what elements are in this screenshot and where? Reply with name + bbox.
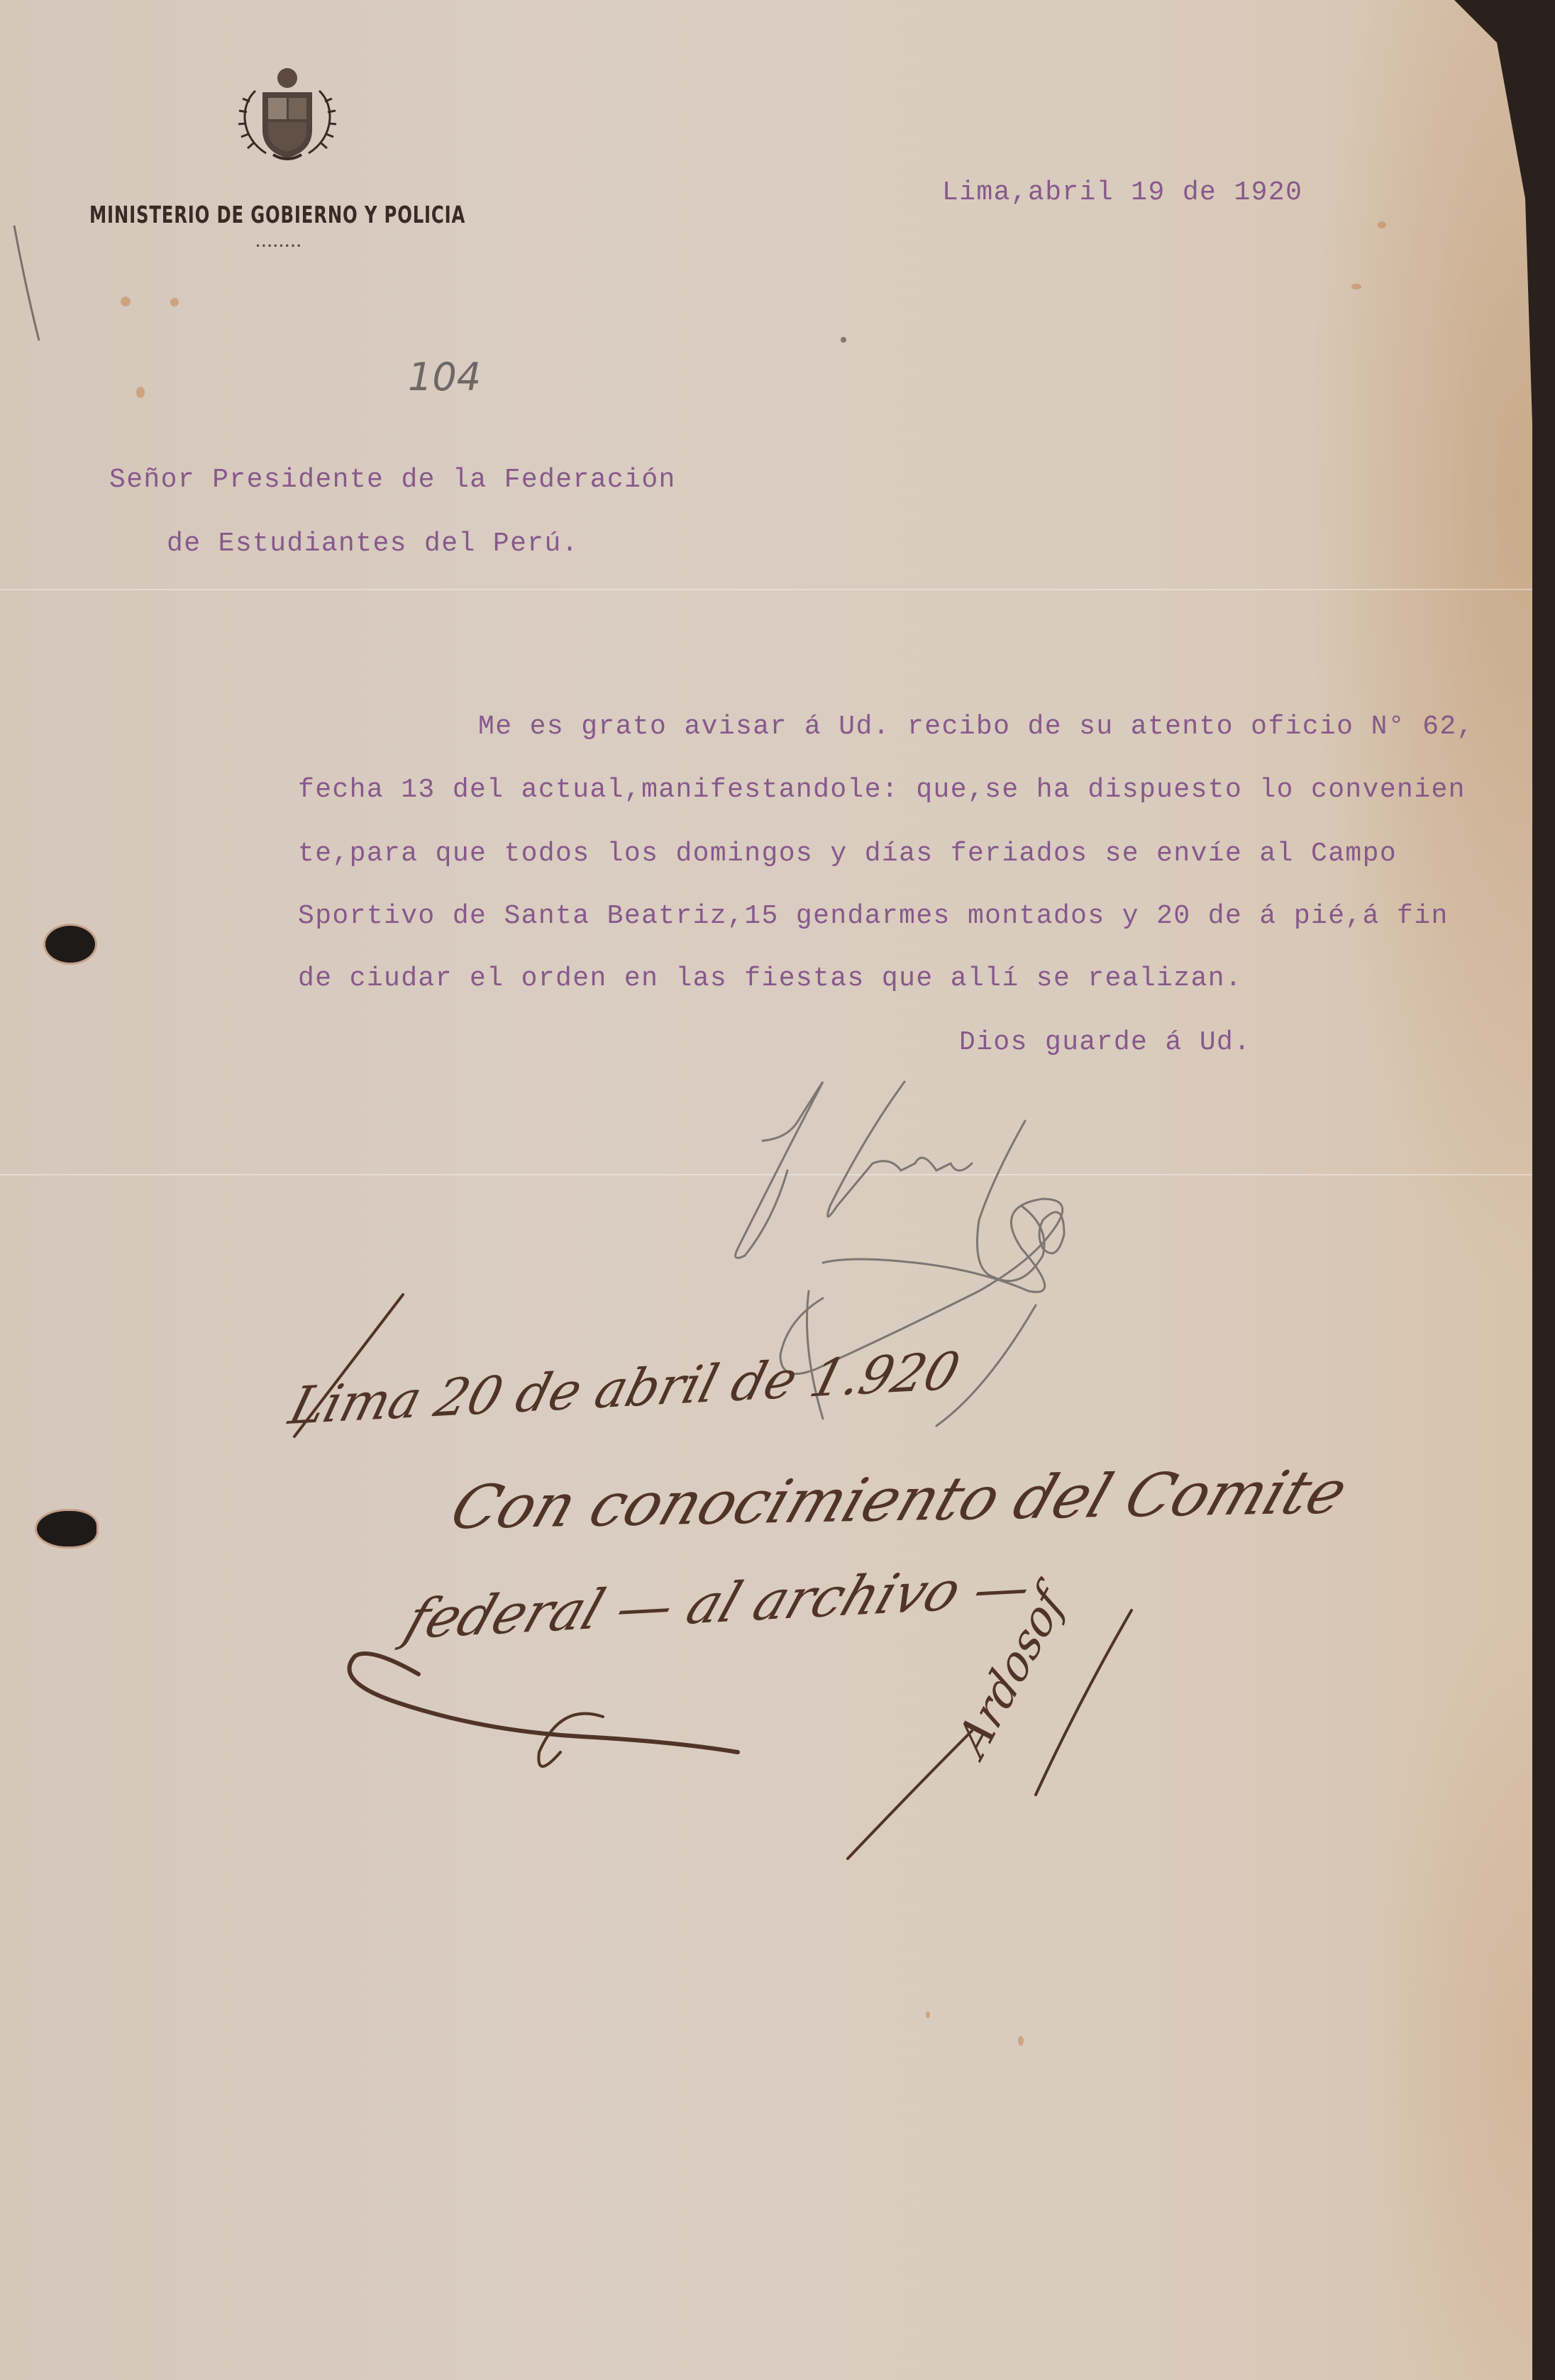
margin-pencil-mark (0, 0, 1555, 2380)
document-page: MINISTERIO DE GOBIERNO Y POLICIA •••••••… (0, 0, 1532, 2380)
